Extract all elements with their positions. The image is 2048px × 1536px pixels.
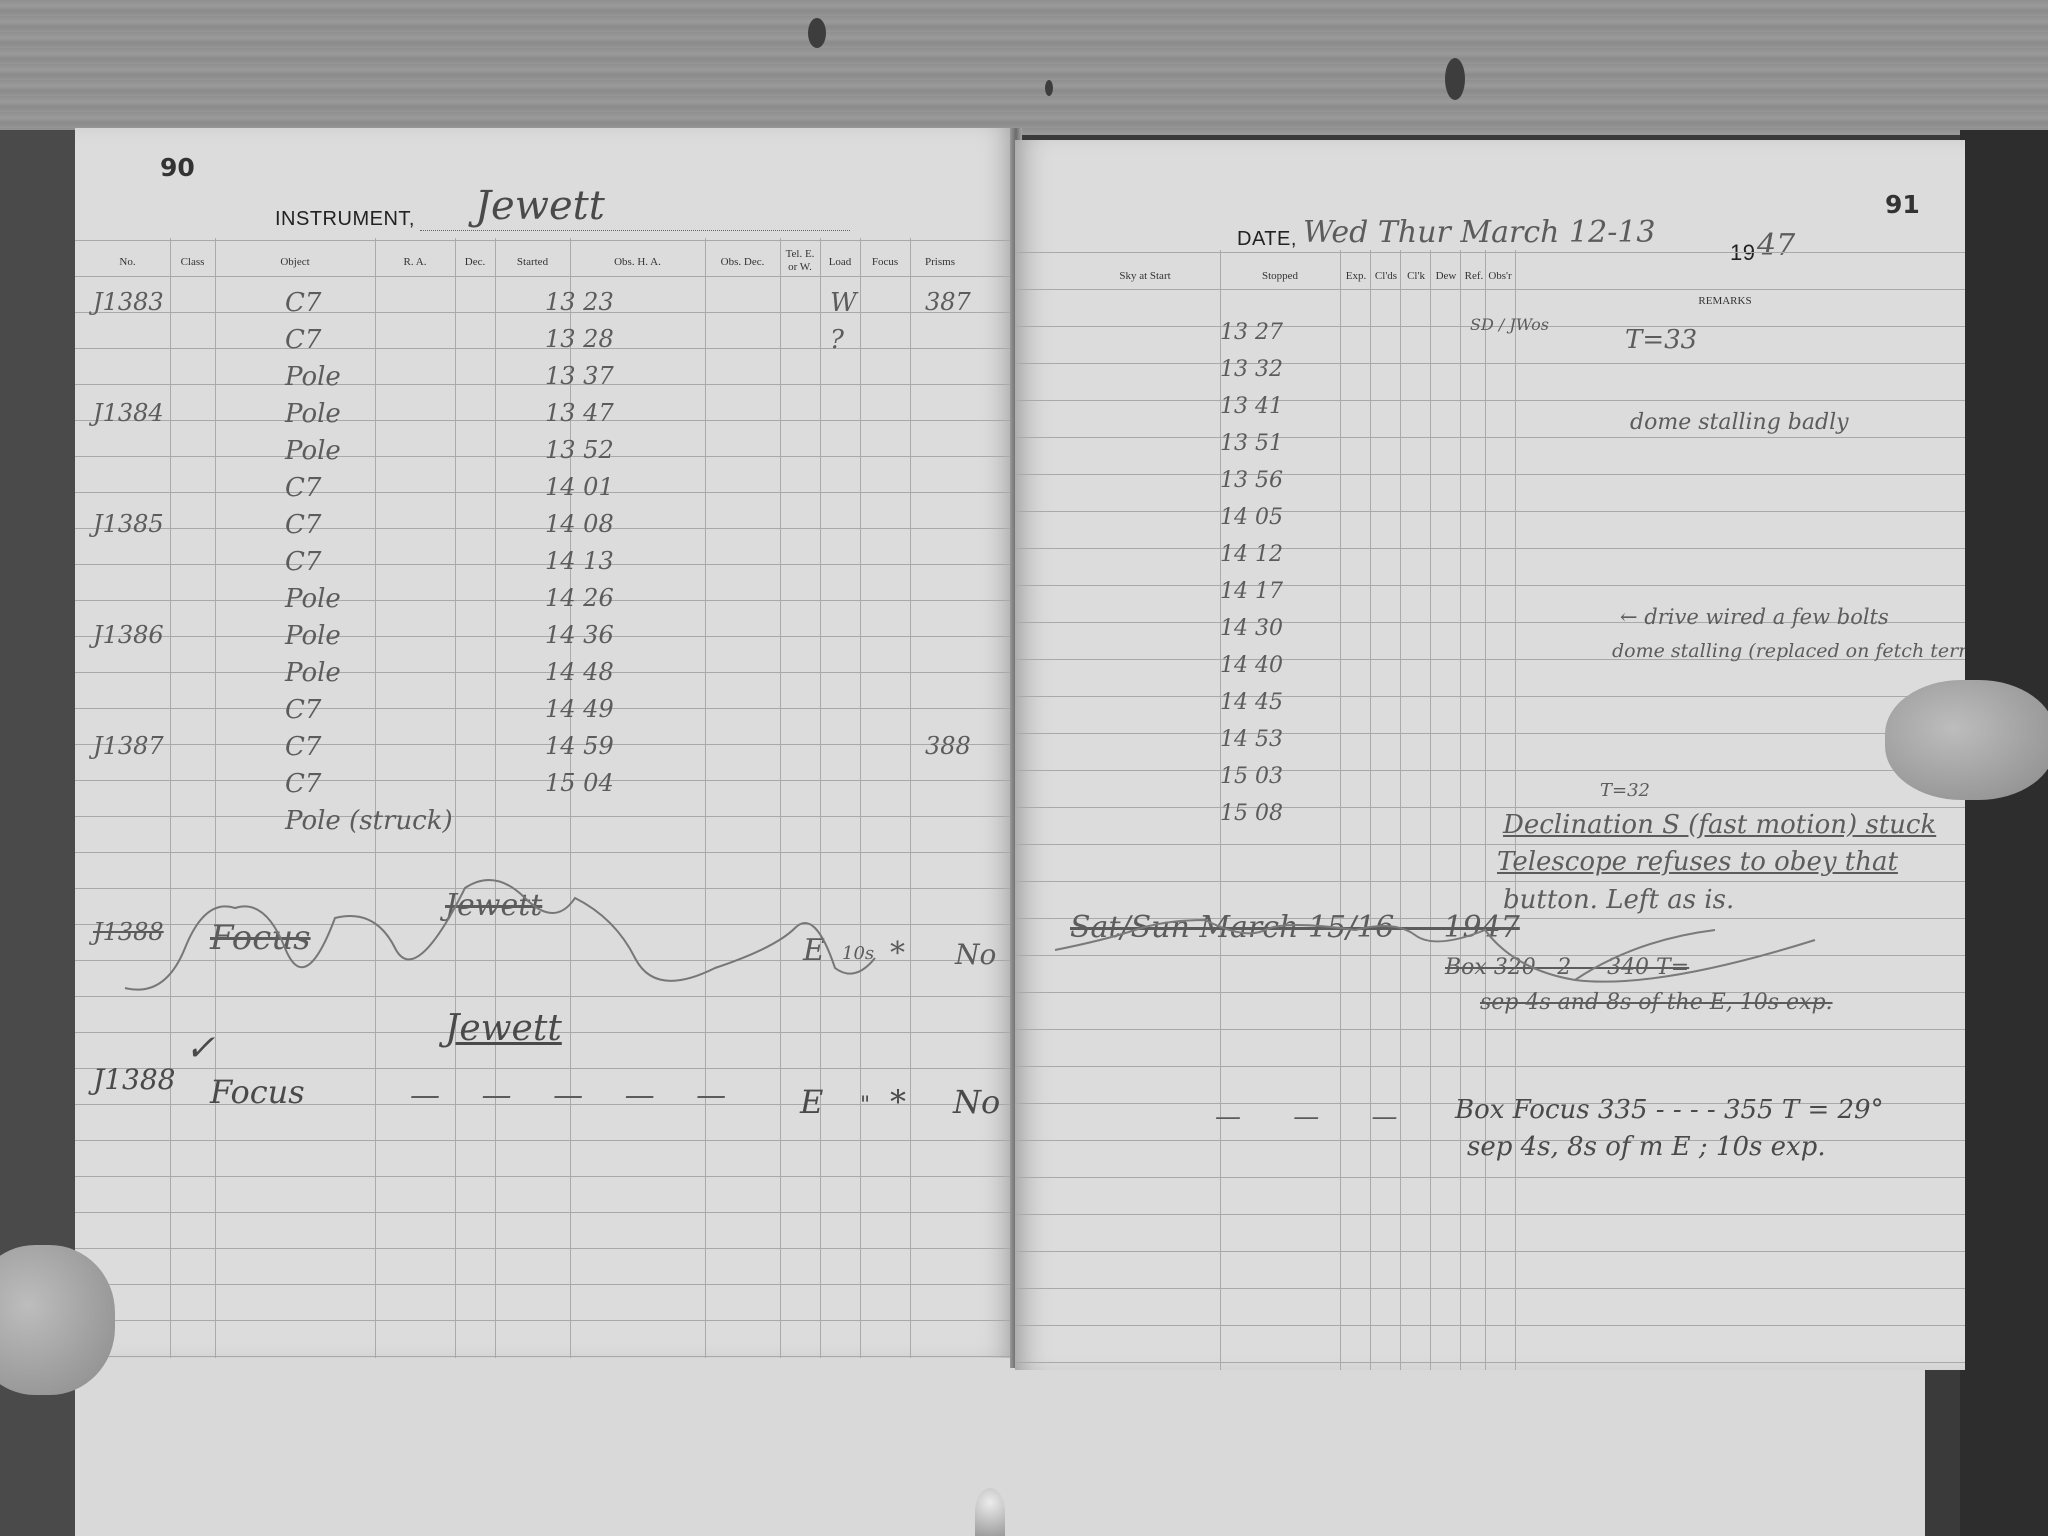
final-entry-dashes: — — — — —	[410, 1078, 742, 1113]
final-dashes: — — —	[1215, 1102, 1420, 1132]
final-remark-box-focus: Box Focus 335 - - - - 355 T = 29°	[1455, 1095, 1884, 1125]
right-thumb	[1885, 680, 2048, 800]
final-entry-tel: E	[800, 1083, 823, 1121]
final-entry-no: J1388	[93, 1063, 175, 1096]
left-thumb	[0, 1245, 115, 1395]
right-page: 91 DATE, Wed Thur March 12-13 19 47 Sky …	[1015, 140, 1965, 1370]
final-entry-prisms: No	[953, 1083, 1000, 1121]
check-mark-icon: ✓	[185, 1028, 215, 1069]
scribble-strikethrough	[75, 128, 1015, 1358]
wood-knot	[1445, 58, 1465, 100]
final-entry-focus: *	[890, 1083, 906, 1121]
final-entry-object: Focus	[210, 1073, 305, 1111]
left-page: 90 INSTRUMENT, Jewett No.ClassObjectR. A…	[75, 128, 1015, 1358]
right-background	[1960, 130, 2048, 1536]
scribble-strikethrough	[1015, 140, 1965, 1370]
mount-bolt	[975, 1488, 1005, 1536]
wooden-shelf	[0, 0, 2048, 135]
wood-knot	[1045, 80, 1053, 96]
wood-knot	[808, 18, 826, 48]
final-remark-sep: sep 4s, 8s of m E ; 10s exp.	[1467, 1132, 1826, 1162]
second-instrument: Jewett	[445, 1008, 562, 1049]
final-entry-load: "	[860, 1093, 870, 1118]
